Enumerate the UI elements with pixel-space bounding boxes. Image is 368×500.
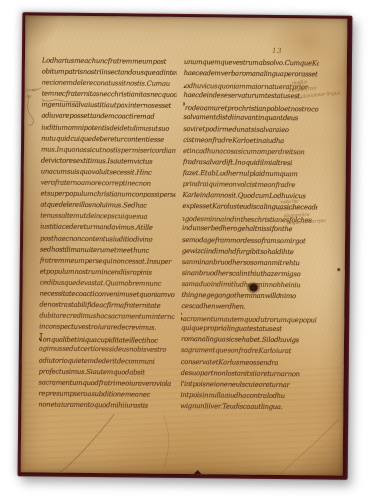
folio-number: 13 — [272, 47, 282, 55]
text-line: savir et podir me dunat si salvarai eo — [183, 124, 318, 137]
text-line: semo dage frammordes so fram so mir got — [182, 234, 317, 247]
text-line: post haec non contentus iuditio divino — [40, 233, 175, 246]
marginal-note-right-middle: nota hicromana etalamannicalingua conscr… — [281, 197, 326, 228]
photo-backdrop: 13 Lodharius me ac hunc fratrem meum pos… — [0, 0, 368, 500]
marginal-note-left: frs noq aie — [25, 88, 38, 101]
text-line: salvament dist di in avant in quant deus — [183, 112, 318, 125]
manuscript-photo: 13 Lodharius me ac hunc fratrem meum pos… — [18, 12, 353, 479]
marginal-note-line: q aie — [22, 94, 38, 102]
crease-mark — [59, 414, 115, 475]
edge-notch — [194, 470, 202, 474]
crease-mark — [281, 418, 340, 475]
text-line: adiutorio quietem dederit de communi — [39, 355, 174, 368]
text-line: iustitia cederetur mandavimus. At ille — [40, 222, 175, 235]
text-line: iuditium omnipotentis dei detulimus ut s… — [41, 122, 176, 135]
crease-mark — [163, 415, 169, 469]
parchment-page: 13 Lodharius me ac hunc fratrem meum pos… — [21, 15, 348, 475]
marginal-note-right-top: modusiurandi frcoret alamannor lingua — [292, 76, 341, 101]
text-line: adiuvare posset tandem coacti rem ad — [41, 111, 176, 124]
text-column-right: unumquemque vestrum absolvo. Cumque Karo… — [180, 57, 319, 413]
text-line: sagrament que son fradre Karlo iurat — [181, 345, 316, 358]
ink-speck — [337, 268, 340, 271]
text-line: conservat et Karlus meos sendra — [181, 356, 316, 369]
text-line: agimus sed ut certiores si deus nobis ve… — [39, 344, 174, 357]
text-line: wig nun li iv er. Teudisca aut lingua. — [180, 401, 315, 414]
marginal-note-line: lingua conscripta — [287, 218, 326, 227]
text-column-left: Lodharius me ac hunc fratrem meum postob… — [38, 55, 177, 411]
text-line: non et a iuramento quod mihi iurastis — [38, 399, 173, 412]
